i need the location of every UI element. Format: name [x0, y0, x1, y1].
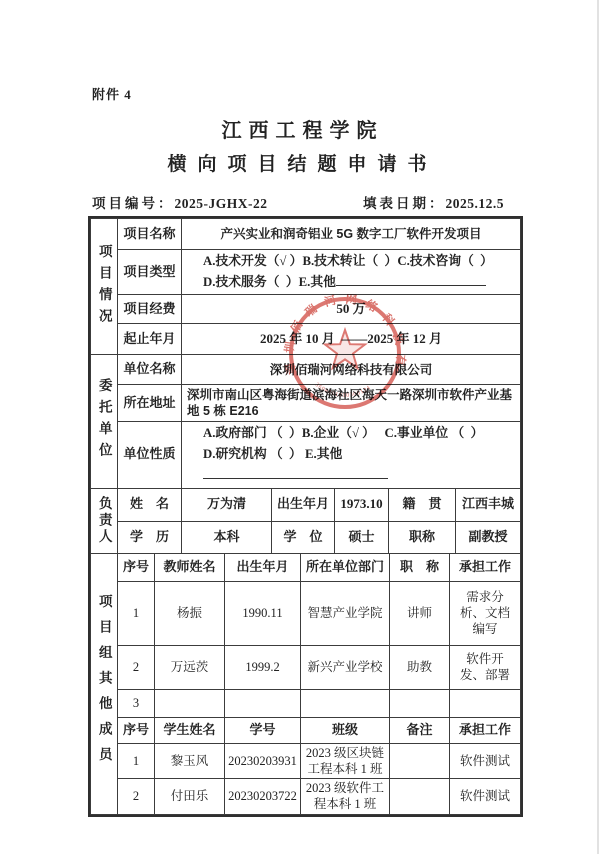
col-header: 出生年月 — [225, 553, 301, 581]
col-header: 教师姓名 — [155, 553, 225, 581]
side-label-client-unit: 委托单位 — [91, 355, 118, 488]
leader-name-value: 万为清 — [182, 488, 272, 521]
col-header: 职 称 — [390, 553, 450, 581]
unit-nature-label: 单位性质 — [118, 422, 182, 488]
student-header-row: 序号 学生姓名 学号 班级 备注 承担工作 — [91, 717, 521, 743]
section-client-unit: 委托单位 单位名称 深圳佰瑞河网络科技有限公司 所在地址 深圳市南山区粤海街道滨… — [90, 354, 521, 488]
side-label-project-info: 项目情况 — [91, 219, 118, 355]
unit-address-label: 所在地址 — [118, 385, 182, 422]
student-work: 软件测试 — [450, 743, 521, 779]
col-header: 序号 — [118, 553, 155, 581]
teacher-work: 软件开 发、部署 — [450, 645, 521, 689]
student-class: 2023 级软件工 程本科 1 班 — [301, 779, 390, 815]
unit-nature-options: A.政府部门 （ ）B.企业（√ ） C.事业单位 （ ） D.研究机构 （ ）… — [203, 426, 483, 461]
col-header: 备注 — [390, 717, 450, 743]
teacher-row: 2 万远茨 1999.2 新兴产业学校 助教 软件开 发、部署 — [91, 645, 521, 689]
fill-date-value: 2025.12.5 — [446, 196, 505, 211]
teacher-no: 1 — [118, 581, 155, 645]
section-project-info: 项目情况 项目名称 产兴实业和润奇铝业 5G 数字工厂软件开发项目 项目类型 A… — [90, 218, 521, 355]
leader-title-label: 职称 — [389, 521, 456, 553]
leader-edu-value: 本科 — [182, 521, 272, 553]
teacher-birth: 1990.11 — [225, 581, 301, 645]
teacher-no: 3 — [118, 689, 155, 717]
project-number-label: 项目编号： — [92, 196, 175, 211]
unit-nature-value: A.政府部门 （ ）B.企业（√ ） C.事业单位 （ ） D.研究机构 （ ）… — [182, 422, 521, 488]
fill-date-label: 填表日期： — [363, 196, 446, 211]
institution-title: 江西工程学院 — [0, 114, 605, 143]
student-note — [390, 743, 450, 779]
teacher-birth: 1999.2 — [225, 645, 301, 689]
teacher-birth — [225, 689, 301, 717]
form-meta-row: 项目编号：2025-JGHX-22 填表日期：2025.12.5 — [92, 192, 504, 212]
project-duration-value: 2025 年 10 月 ——2025 年 12 月 — [182, 324, 521, 355]
project-number-value: 2025-JGHX-22 — [175, 196, 268, 211]
teacher-work: 需求分 析、文档 编写 — [450, 581, 521, 645]
teacher-dept: 智慧产业学院 — [301, 581, 390, 645]
leader-birth-value: 1973.10 — [335, 488, 389, 521]
student-name: 黎玉风 — [155, 743, 225, 779]
teacher-dept — [301, 689, 390, 717]
student-id: 20230203931 — [225, 743, 301, 779]
unit-name-value: 深圳佰瑞河网络科技有限公司 — [182, 355, 521, 385]
student-no: 2 — [118, 779, 155, 815]
teacher-row: 3 — [91, 689, 521, 717]
leader-edu-label: 学 历 — [118, 521, 182, 553]
student-id: 20230203722 — [225, 779, 301, 815]
leader-origin-label: 籍 贯 — [389, 488, 456, 521]
student-class: 2023 级区块链 工程本科 1 班 — [301, 743, 390, 779]
teacher-work — [450, 689, 521, 717]
teacher-title: 讲师 — [390, 581, 450, 645]
side-label-members: 项目组其他成员 — [91, 553, 118, 814]
project-name-value: 产兴实业和润奇铝业 5G 数字工厂软件开发项目 — [182, 219, 521, 250]
col-header: 学生姓名 — [155, 717, 225, 743]
col-header: 承担工作 — [450, 553, 521, 581]
blank-underline — [203, 467, 388, 479]
side-label-leader: 负责人 — [91, 488, 118, 553]
form-title: 横向项目结题申请书 — [0, 149, 605, 176]
student-name: 付田乐 — [155, 779, 225, 815]
leader-birth-label: 出生年月 — [272, 488, 335, 521]
col-header: 所在单位部门 — [301, 553, 390, 581]
teacher-dept: 新兴产业学校 — [301, 645, 390, 689]
blank-underline — [336, 274, 486, 286]
col-header: 班级 — [301, 717, 390, 743]
project-budget-value: 50 万 — [182, 295, 521, 324]
unit-address-value: 深圳市南山区粤海街道滨海社区海天一路深圳市软件产业基 地 5 栋 E216 — [182, 385, 521, 422]
section-leader: 负责人 姓 名 万为清 出生年月 1973.10 籍 贯 江西丰城 学 历 本科… — [90, 488, 521, 554]
project-number: 项目编号：2025-JGHX-22 — [92, 192, 268, 212]
section-members: 项目组其他成员 序号 教师姓名 出生年月 所在单位部门 职 称 承担工作 1 杨… — [90, 553, 521, 815]
teacher-title — [390, 689, 450, 717]
col-header: 序号 — [118, 717, 155, 743]
leader-degree-label: 学 位 — [272, 521, 335, 553]
leader-degree-value: 硕士 — [335, 521, 389, 553]
leader-origin-value: 江西丰城 — [456, 488, 521, 521]
project-duration-label: 起止年月 — [118, 324, 182, 355]
teacher-title: 助教 — [390, 645, 450, 689]
leader-name-label: 姓 名 — [118, 488, 182, 521]
teacher-no: 2 — [118, 645, 155, 689]
col-header: 承担工作 — [450, 717, 521, 743]
student-work: 软件测试 — [450, 779, 521, 815]
document-page: 附件 4 江西工程学院 横向项目结题申请书 项目编号：2025-JGHX-22 … — [0, 0, 605, 854]
attachment-label: 附件 4 — [92, 84, 132, 103]
teacher-header-row: 项目组其他成员 序号 教师姓名 出生年月 所在单位部门 职 称 承担工作 — [91, 553, 521, 581]
student-row: 2 付田乐 20230203722 2023 级软件工 程本科 1 班 软件测试 — [91, 779, 521, 815]
teacher-name: 万远茨 — [155, 645, 225, 689]
fill-date: 填表日期：2025.12.5 — [363, 192, 504, 212]
col-header: 学号 — [225, 717, 301, 743]
student-row: 1 黎玉风 20230203931 2023 级区块链 工程本科 1 班 软件测… — [91, 743, 521, 779]
project-type-label: 项目类型 — [118, 250, 182, 295]
project-name-label: 项目名称 — [118, 219, 182, 250]
leader-title-value: 副教授 — [456, 521, 521, 553]
teacher-name: 杨振 — [155, 581, 225, 645]
teacher-name — [155, 689, 225, 717]
project-type-value: A.技术开发（√ ）B.技术转让（ ）C.技术咨询（ ） D.技术服务（ ）E.… — [182, 250, 521, 295]
application-form-table: 项目情况 项目名称 产兴实业和润奇铝业 5G 数字工厂软件开发项目 项目类型 A… — [88, 216, 523, 817]
student-no: 1 — [118, 743, 155, 779]
unit-name-label: 单位名称 — [118, 355, 182, 385]
student-note — [390, 779, 450, 815]
teacher-row: 1 杨振 1990.11 智慧产业学院 讲师 需求分 析、文档 编写 — [91, 581, 521, 645]
project-budget-label: 项目经费 — [118, 295, 182, 324]
